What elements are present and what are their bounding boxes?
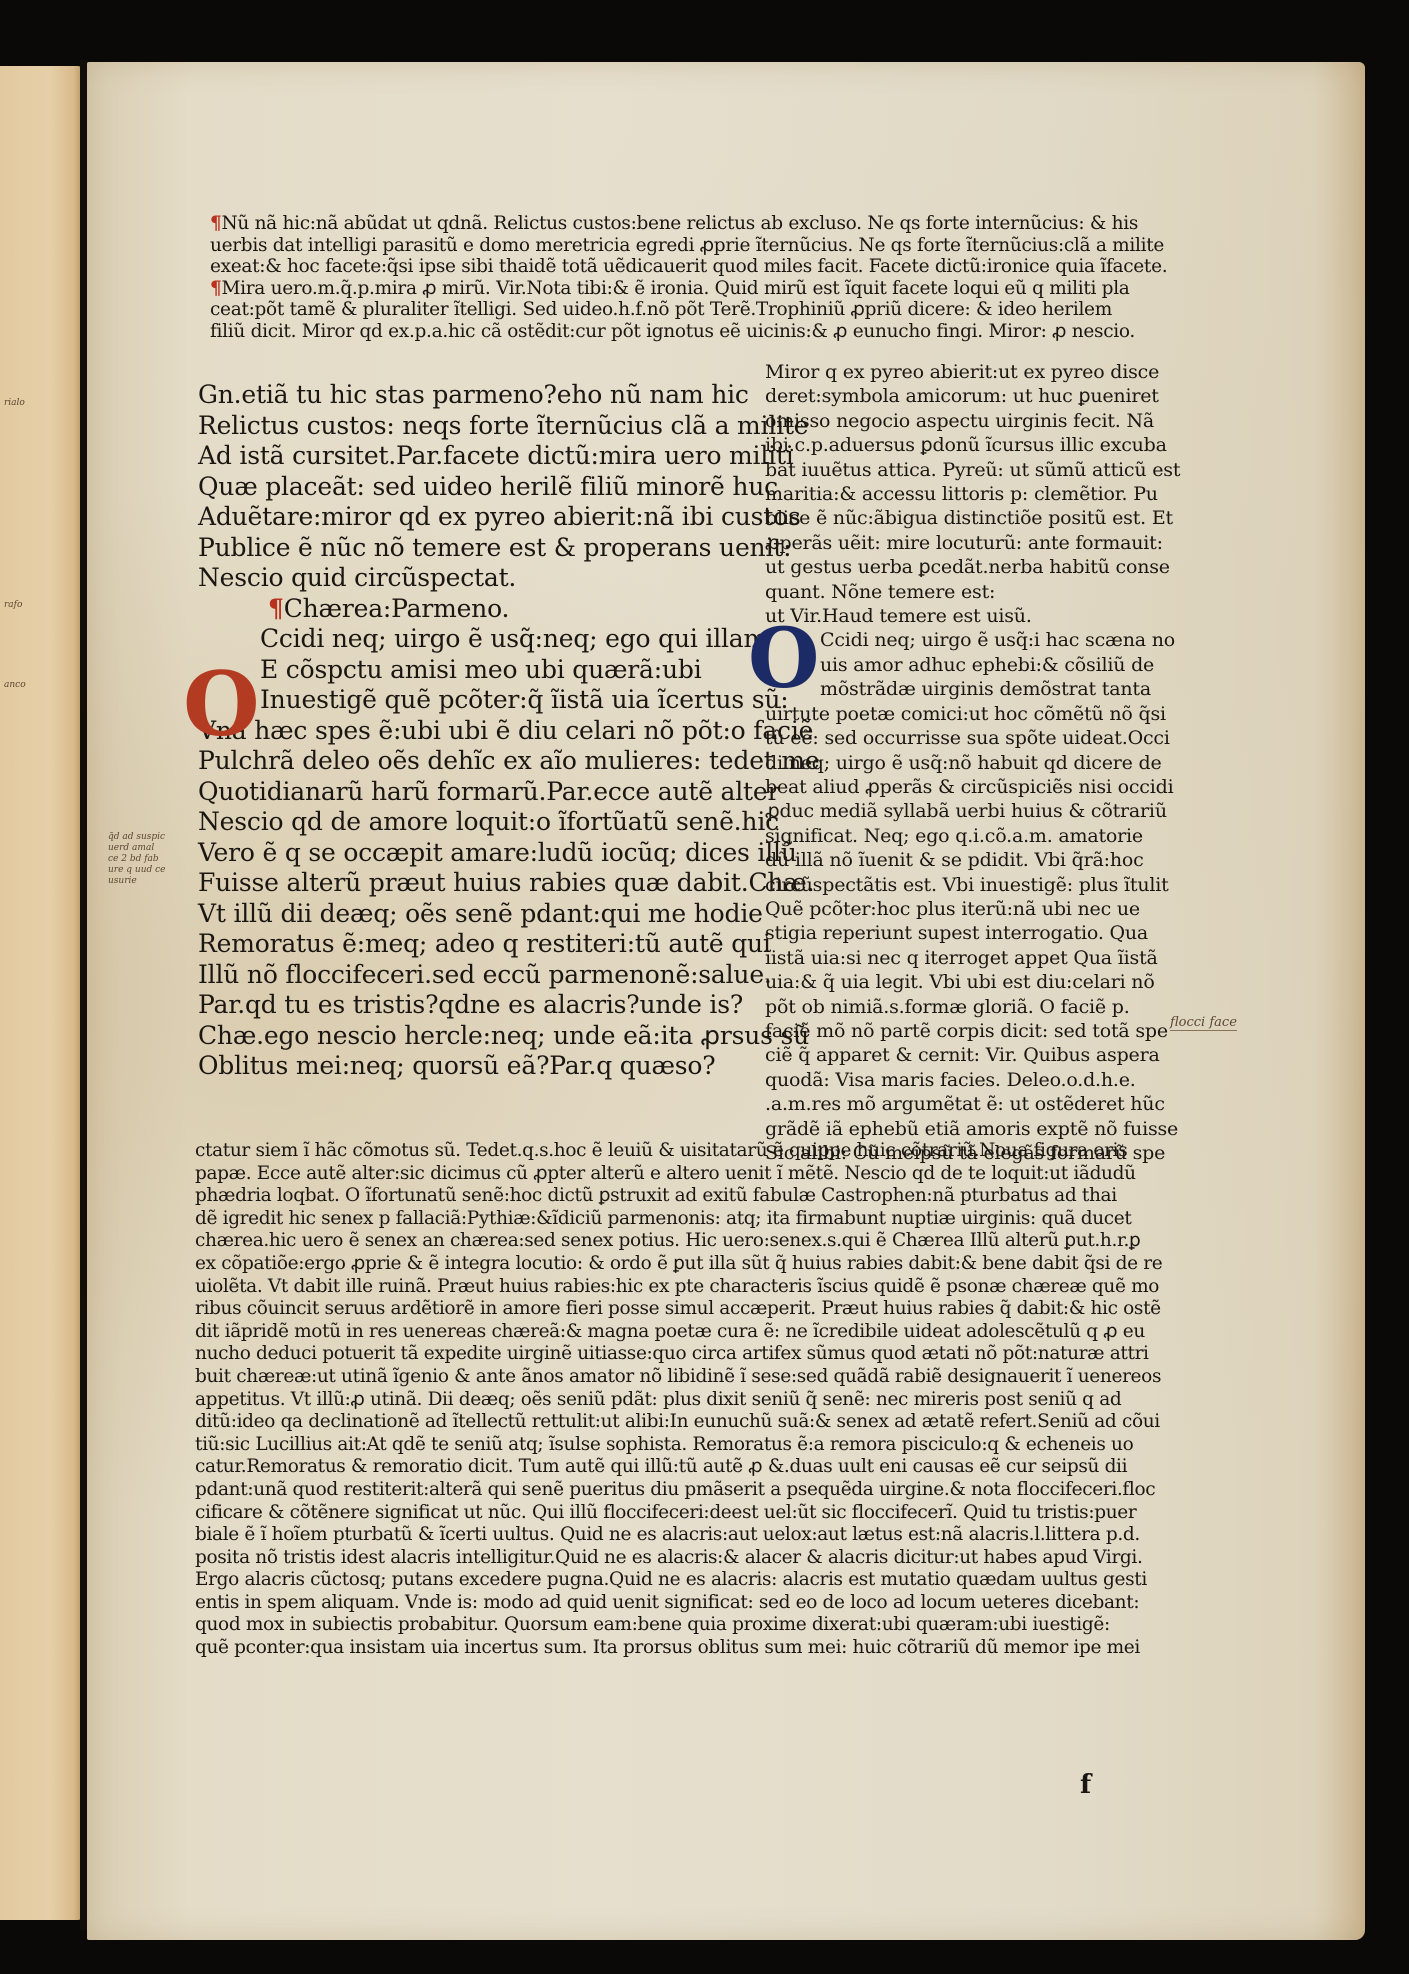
verse-line: Ccidi neq; uirgo ẽ usq̃:neq; ego qui ill… bbox=[198, 624, 758, 655]
verse-line: Inuestigẽ quẽ pcõter:q̃ ĩistã uia ĩcertu… bbox=[198, 685, 758, 716]
commentary-line: dit iãpridẽ motũ in res uenereas chæreã:… bbox=[195, 1321, 1175, 1344]
verse-line: Aduẽtare:miror qd ex pyreo abierit:nã ib… bbox=[198, 502, 758, 533]
commentary-line: bat iuuẽtus attica. Pyreũ: ut sũmũ attic… bbox=[765, 458, 1165, 482]
verse-line: Par.qd tu es tristis?qdne es alacris?und… bbox=[198, 990, 758, 1021]
paragraph-mark-icon: ¶ bbox=[210, 213, 221, 234]
margin-note-left-page-1: rialo bbox=[4, 398, 25, 409]
commentary-line: uia:& q̃ uia legit. Vbi ubi est diu:cela… bbox=[765, 970, 1165, 994]
commentary-line: ut Vir.Haud temere est uisũ. bbox=[765, 604, 1165, 628]
paragraph-mark-icon: ¶ bbox=[210, 278, 221, 299]
commentary-line: ibi.c.p.aduersus ꝑdonũ ĩcursus illic exc… bbox=[765, 433, 1165, 457]
commentary-line: uerbis dat intelligi parasitũ e domo mer… bbox=[210, 235, 1160, 257]
commentary-line: maritia:& accessu littoris p: clemẽtior.… bbox=[765, 482, 1165, 506]
commentary-line: ꝓperãs uẽit: mire locuturũ: ante formaui… bbox=[765, 531, 1165, 555]
commentary-line: cificare & cõtẽnere significat ut nũc. Q… bbox=[195, 1502, 1175, 1525]
verse-line: Vt illũ dii deæq; oẽs senẽ pdant:qui me … bbox=[198, 899, 758, 930]
verse-line: Nescio qd de amore loquit:o ĩfortũatũ se… bbox=[198, 807, 758, 838]
commentary-line: exeat:& hoc facete:q̃si ipse sibi thaidẽ… bbox=[210, 256, 1160, 278]
commentary-line: entis in spem aliquam. Vnde is: modo ad … bbox=[195, 1592, 1175, 1615]
verse-line: Ad istã cursitet.Par.facete dictũ:mira u… bbox=[198, 441, 758, 472]
commentary-line: uis amor adhuc ephebi:& cõsiliũ de bbox=[765, 653, 1165, 677]
commentary-line: Ergo alacris cũctosq; putans excedere pu… bbox=[195, 1569, 1175, 1592]
commentary-line: ¶Nũ nã hic:nã abũdat ut qdnã. Relictus c… bbox=[210, 213, 1160, 235]
right-commentary: Miror q ex pyreo abierit:ut ex pyreo dis… bbox=[765, 360, 1165, 1165]
commentary-line: posita nõ tristis idest alacris intellig… bbox=[195, 1547, 1175, 1570]
verse-line: Quæ placeãt: sed uideo herilẽ filiũ mino… bbox=[198, 472, 758, 503]
scene-heading: ¶Chærea:Parmeno. bbox=[198, 594, 758, 625]
commentary-line: quodã: Visa maris facies. Deleo.o.d.h.e. bbox=[765, 1068, 1165, 1092]
commentary-line: di neq; uirgo ẽ usq̃:nõ habuit qd dicere… bbox=[765, 751, 1165, 775]
margin-note-block: q̃d ad suspic uerd amal ce 2 bd fab ure … bbox=[108, 832, 166, 887]
commentary-line: tiũ:sic Lucillius ait:At qdẽ te seniũ at… bbox=[195, 1434, 1175, 1457]
paragraph-mark-icon: ¶ bbox=[268, 594, 284, 623]
commentary-line: grãdẽ iã ephebũ etiã amoris exptẽ nõ fui… bbox=[765, 1117, 1165, 1141]
commentary-line: catur.Remoratus & remoratio dicit. Tum a… bbox=[195, 1456, 1175, 1479]
commentary-line: uirtute poetæ comici:ut hoc cõmẽtũ nõ q̃… bbox=[765, 702, 1165, 726]
commentary-line: dẽ igredit hic senex p fallaciã:Pythiæ:&… bbox=[195, 1208, 1175, 1231]
verse-line: Illũ nõ floccifeceri.sed eccũ parmenonẽ:… bbox=[198, 960, 758, 991]
commentary-line: ꝓduc mediã syllabã uerbi huius & cõtrari… bbox=[765, 799, 1165, 823]
verse-line: Publice ẽ nũc nõ temere est & properans … bbox=[198, 533, 758, 564]
bottom-commentary: ctatur siem ĩ hãc cõmotus sũ. Tedet.q.s.… bbox=[195, 1140, 1175, 1660]
commentary-line: buit chæreæ:ut utinã ĩgenio & ante ãnos … bbox=[195, 1366, 1175, 1389]
commentary-line: faciẽ mõ nõ partẽ corpis dicit: sed totã… bbox=[765, 1019, 1165, 1043]
commentary-line: uiolẽta. Vt dabit ille ruinã. Præut huiu… bbox=[195, 1276, 1175, 1299]
commentary-line: appetitus. Vt illũ:ꝓ utinã. Dii deæq; oẽ… bbox=[195, 1389, 1175, 1412]
commentary-line: stigia reperiunt supest interrogatio. Qu… bbox=[765, 921, 1165, 945]
commentary-line: beat aliud ꝓperãs & circũspiciẽs nisi oc… bbox=[765, 775, 1165, 799]
commentary-line: filiũ dicit. Miror qd ex.p.a.hic cã ostẽ… bbox=[210, 321, 1160, 343]
margin-note-left-page-3: anco bbox=[4, 680, 26, 691]
commentary-line: Miror q ex pyreo abierit:ut ex pyreo dis… bbox=[765, 360, 1165, 384]
verse-line: Vna hæc spes ẽ:ubi ubi ẽ diu celari nõ p… bbox=[198, 716, 758, 747]
verse-line: E cõspctu amisi meo ubi quærã:ubi bbox=[198, 655, 758, 686]
verse-line: Relictus custos: neqs forte ĩternũcius c… bbox=[198, 411, 758, 442]
commentary-line: omisso negocio aspectu uirginis fecit. N… bbox=[765, 409, 1165, 433]
commentary-line: biale ẽ ĩ hoĩem pturbatũ & ĩcerti uultus… bbox=[195, 1524, 1175, 1547]
verse-line: Pulchrã deleo oẽs dehĩc ex aĩo mulieres:… bbox=[198, 746, 758, 777]
commentary-line: phædria loqbat. O ĩfortunatũ senẽ:hoc di… bbox=[195, 1185, 1175, 1208]
commentary-line: ut gestus uerba ꝑcedãt.nerba habitũ cons… bbox=[765, 555, 1165, 579]
signature-mark: f bbox=[1080, 1770, 1091, 1800]
commentary-line: mõstrãdæ uirginis demõstrat tanta bbox=[765, 677, 1165, 701]
verse-line: Gn.etiã tu hic stas parmeno?eho nũ nam h… bbox=[198, 380, 758, 411]
commentary-line: quẽ pconter:qua insistam uia incertus su… bbox=[195, 1637, 1175, 1660]
commentary-line: ĩistã uia:si nec q iterroget appet Qua ĩ… bbox=[765, 946, 1165, 970]
commentary-line: blice ẽ nũc:ãbigua distinctiõe positũ es… bbox=[765, 506, 1165, 530]
commentary-line: .a.m.res mõ argumẽtat ẽ: ut ostẽderet hũ… bbox=[765, 1092, 1165, 1116]
verse-line: Nescio quid circũspectat. bbox=[198, 563, 758, 594]
commentary-line: Ccidi neq; uirgo ẽ usq̃:i hac scæna no bbox=[765, 628, 1165, 652]
verse-line: Quotidianarũ harũ formarũ.Par.ecce autẽ … bbox=[198, 777, 758, 808]
verse-line: Remoratus ẽ:meq; adeo q restiteri:tũ aut… bbox=[198, 929, 758, 960]
commentary-line: chærea.hic uero ẽ senex an chærea:sed se… bbox=[195, 1230, 1175, 1253]
commentary-line: ctatur siem ĩ hãc cõmotus sũ. Tedet.q.s.… bbox=[195, 1140, 1175, 1163]
verse-line: Fuisse alterũ præut huius rabies quæ dab… bbox=[198, 868, 758, 899]
commentary-line: quod mox in subiectis probabitur. Quorsu… bbox=[195, 1614, 1175, 1637]
commentary-line: ciẽ q̃ apparet & cernit: Vir. Quibus asp… bbox=[765, 1043, 1165, 1067]
commentary-line: papæ. Ecce autẽ alter:sic dicimus cũ ꝓpt… bbox=[195, 1163, 1175, 1186]
commentary-line: quant. Nõne temere est: bbox=[765, 580, 1165, 604]
commentary-line: circũspectãtis est. Vbi inuestigẽ: plus … bbox=[765, 873, 1165, 897]
commentary-line: nucho deduci potuerit tã expedite uirgin… bbox=[195, 1343, 1175, 1366]
commentary-line: pdant:unã quod restiterit:alterã qui sen… bbox=[195, 1479, 1175, 1502]
commentary-line: ditũ:ideo qa declinationẽ ad ĩtellectũ r… bbox=[195, 1411, 1175, 1434]
commentary-line: significat. Neq; ego q.i.cõ.a.m. amatori… bbox=[765, 824, 1165, 848]
verse-line: Oblitus mei:neq; quorsũ eã?Par.q quæso? bbox=[198, 1051, 758, 1082]
commentary-line: ribus cõuincit seruus ardẽtiorẽ in amore… bbox=[195, 1298, 1175, 1321]
commentary-line: ¶Mira uero.m.q̃.p.mira ꝓ mirũ. Vir.Nota … bbox=[210, 278, 1160, 300]
margin-note-right: flocci face bbox=[1170, 1015, 1237, 1031]
commentary-line: põt ob nimiã.s.formæ gloriã. O faciẽ p. bbox=[765, 995, 1165, 1019]
margin-note-left-page-2: rafo bbox=[4, 600, 22, 611]
verse-text: Gn.etiã tu hic stas parmeno?eho nũ nam h… bbox=[198, 380, 758, 1082]
commentary-line: ceat:põt tamẽ & pluraliter ĩtelligi. Sed… bbox=[210, 299, 1160, 321]
red-initial-o: O bbox=[183, 660, 260, 748]
top-commentary: ¶Nũ nã hic:nã abũdat ut qdnã. Relictus c… bbox=[210, 213, 1160, 342]
blue-initial-o: O bbox=[748, 618, 819, 700]
verse-line: Chæ.ego nescio hercle:neq; unde eã:ita ꝓ… bbox=[198, 1021, 758, 1052]
commentary-line: Quẽ pcõter:hoc plus iterũ:nã ubi nec ue bbox=[765, 897, 1165, 921]
commentary-line: deret:symbola amicorum: ut huc ꝑueniret bbox=[765, 384, 1165, 408]
commentary-line: dũ illã nõ ĩuenit & se pdidit. Vbi q̃rã:… bbox=[765, 848, 1165, 872]
commentary-line: ex cõpatiõe:ergo ꝓprie & ẽ integra locut… bbox=[195, 1253, 1175, 1276]
commentary-line: tũ eẽ: sed occurrisse sua spõte uideat.O… bbox=[765, 726, 1165, 750]
facing-page-edge bbox=[0, 66, 82, 1920]
verse-line: Vero ẽ q se occæpit amare:ludũ iocũq; di… bbox=[198, 838, 758, 869]
